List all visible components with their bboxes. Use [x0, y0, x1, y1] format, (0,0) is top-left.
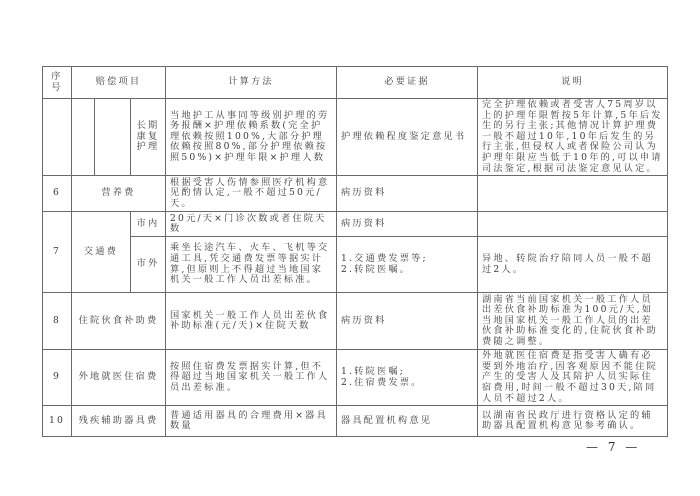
- header-item: 赔偿项目: [72, 67, 166, 99]
- note-cell: 外地就医住宿费是指受害人确有必要到外地治疗,因客观原因不能住院产生的受害人及其陪…: [478, 350, 668, 406]
- sub-item-cell: 市内: [131, 212, 166, 237]
- note-cell: 异地、转院治疗陪同人员一般不超过2人。: [478, 237, 668, 293]
- evidence-cell: 病历资料: [337, 176, 478, 212]
- evidence-cell: 病历资料: [337, 293, 478, 350]
- item-cell: 住院伙食补助费: [72, 293, 166, 350]
- evidence-cell: 1.交通费发票等; 2.转院医嘱。: [337, 237, 478, 293]
- header-row: 序号 赔偿项目 计算方法 必要证据 说明: [43, 67, 668, 99]
- item-cell: 外地就医住宿费: [72, 350, 166, 406]
- item-cell: 营养费: [72, 176, 166, 212]
- table-row: 7 交通费 市内 20元/天×门诊次数或者住院天数 病历资料: [43, 212, 668, 237]
- evidence-cell: 1.转院医嘱; 2.住宿费发票。: [337, 350, 478, 406]
- table-row: 市外 乘坐长途汽车、火车、飞机等交通工具,凭交通费发票等据实计算,但原则上不得超…: [43, 237, 668, 293]
- table-row: 10 残疾辅助器具费 普通适用器具的合理费用×器具数量 器具配置机构意见 以湖南…: [43, 406, 668, 437]
- note-cell: [478, 176, 668, 212]
- sub-item-cell: 市外: [131, 237, 166, 293]
- note-cell: 完全护理依赖或者受害人75周岁以上的护理年限暂按5年计算,5年后发生的另行主张;…: [478, 99, 668, 176]
- header-note: 说明: [478, 67, 668, 99]
- seq-cell: 8: [43, 293, 72, 350]
- evidence-cell: 器具配置机构意见: [337, 406, 478, 437]
- method-cell: 20元/天×门诊次数或者住院天数: [166, 212, 337, 237]
- method-cell: 普通适用器具的合理费用×器具数量: [166, 406, 337, 437]
- header-method: 计算方法: [166, 67, 337, 99]
- note-cell: 湖南省当前国家机关一般工作人员出差伙食补助标准为100元/天,如当地国家机关一般…: [478, 293, 668, 350]
- method-cell: 按照住宿费发票据实计算,但不得超过当地国家机关一般工作人员出差标准。: [166, 350, 337, 406]
- empty-cell: [72, 99, 95, 176]
- header-evidence: 必要证据: [337, 67, 478, 99]
- seq-cell: 6: [43, 176, 72, 212]
- seq-cell: [43, 99, 72, 176]
- seq-cell: 7: [43, 212, 72, 293]
- method-cell: 当地护工从事同等级别护理的劳务报酬×护理依赖系数(完全护理依赖按照100%,大部…: [166, 99, 337, 176]
- evidence-cell: 病历资料: [337, 212, 478, 237]
- method-cell: 乘坐长途汽车、火车、飞机等交通工具,凭交通费发票等据实计算,但原则上不得超过当地…: [166, 237, 337, 293]
- table-row: 8 住院伙食补助费 国家机关一般工作人员出差伙食补助标准(元/天)×住院天数 病…: [43, 293, 668, 350]
- note-cell: 以湖南省民政厅进行资格认定的辅助器具配置机构意见参考确认。: [478, 406, 668, 437]
- seq-cell: 9: [43, 350, 72, 406]
- method-cell: 根据受害人伤情参照医疗机构意见酌情认定,一般不超过50元/天。: [166, 176, 337, 212]
- table-row: 6 营养费 根据受害人伤情参照医疗机构意见酌情认定,一般不超过50元/天。 病历…: [43, 176, 668, 212]
- method-cell: 国家机关一般工作人员出差伙食补助标准(元/天)×住院天数: [166, 293, 337, 350]
- evidence-cell: 护理依赖程度鉴定意见书: [337, 99, 478, 176]
- table-row: 长期康复护理 当地护工从事同等级别护理的劳务报酬×护理依赖系数(完全护理依赖按照…: [43, 99, 668, 176]
- table-row: 9 外地就医住宿费 按照住宿费发票据实计算,但不得超过当地国家机关一般工作人员出…: [43, 350, 668, 406]
- header-seq: 序号: [43, 67, 72, 99]
- empty-cell: [95, 99, 131, 176]
- seq-cell: 10: [43, 406, 72, 437]
- compensation-table: 序号 赔偿项目 计算方法 必要证据 说明 长期康复护理 当地护工从事同等级别护理…: [42, 66, 668, 437]
- note-cell: [478, 212, 668, 237]
- page-number: — 7 —: [586, 440, 640, 454]
- item-cell: 交通费: [72, 212, 131, 293]
- item-cell: 残疾辅助器具费: [72, 406, 166, 437]
- item-cell: 长期康复护理: [131, 99, 166, 176]
